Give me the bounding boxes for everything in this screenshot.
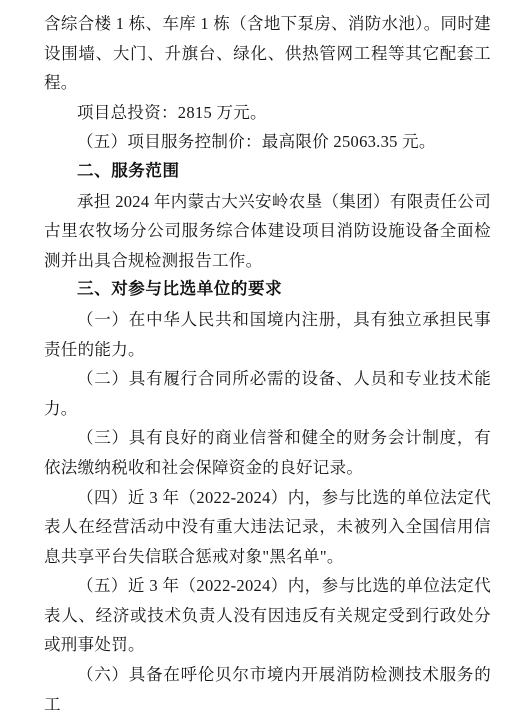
heading-section-bidder-requirements: 三、对参与比选单位的要求 bbox=[44, 275, 491, 305]
requirement-item-4: （四）近 3 年（2022-2024）内，参与比选的单位法定代表人在经营活动中没… bbox=[44, 483, 491, 572]
document-page: 含综合楼 1 栋、车库 1 栋（含地下泵房、消防水池）。同时建设围墙、大门、升旗… bbox=[0, 0, 525, 727]
paragraph-service-price-cap: （五）项目服务控制价：最高限价 25063.35 元。 bbox=[44, 127, 491, 157]
requirement-item-6-truncated: （六）具备在呼伦贝尔市境内开展消防检测技术服务的工 bbox=[44, 660, 491, 719]
requirement-item-1: （一）在中华人民共和国境内注册，具有独立承担民事责任的能力。 bbox=[44, 305, 491, 364]
paragraph-service-scope: 承担 2024 年内蒙古大兴安岭农垦（集团）有限责任公司古里农牧场分公司服务综合… bbox=[44, 187, 491, 276]
requirement-item-3: （三）具有良好的商业信誉和健全的财务会计制度，有依法缴纳税收和社会保障资金的良好… bbox=[44, 423, 491, 482]
paragraph-total-investment: 项目总投资：2815 万元。 bbox=[44, 98, 491, 128]
requirement-item-2: （二）具有履行合同所必需的设备、人员和专业技术能力。 bbox=[44, 364, 491, 423]
paragraph-building-scope-continued: 含综合楼 1 栋、车库 1 栋（含地下泵房、消防水池）。同时建设围墙、大门、升旗… bbox=[44, 9, 491, 98]
heading-section-service-scope: 二、服务范围 bbox=[44, 157, 491, 187]
requirement-item-5: （五）近 3 年（2022-2024）内，参与比选的单位法定代表人、经济或技术负… bbox=[44, 571, 491, 660]
